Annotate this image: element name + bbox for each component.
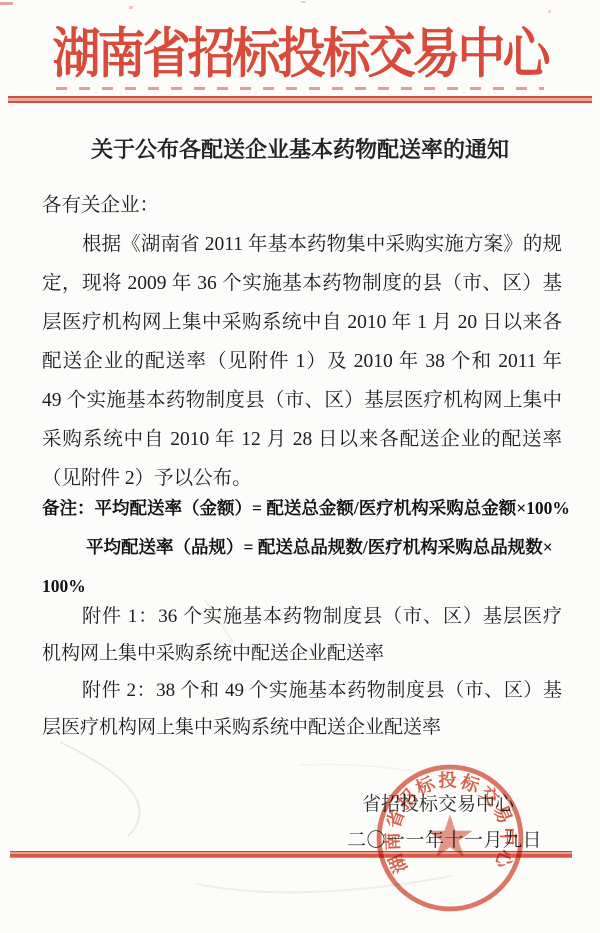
official-seal: 湖南省招标投标交易中心 — [364, 752, 536, 924]
letterhead-ghost-artifact — [56, 87, 544, 90]
attachment-line: 层医疗机构网上集中采购系统中配送企业配送率 — [42, 709, 562, 746]
notice-title: 关于公布各配送企业基本药物配送率的通知 — [0, 137, 600, 163]
note-line: 平均配送率（品规）= 配送总品规数/医疗机构采购总品规数× — [42, 528, 562, 567]
attachment-line: 附件 1：36 个实施基本药物制度县（市、区）基层医疗 — [42, 598, 562, 635]
body-line: 49 个实施基本药物制度县（市、区）基层医疗机构网上集中 — [42, 381, 562, 420]
note-line: 备注：平均配送率（金额）= 配送总金额/医疗机构采购总金额×100% — [42, 489, 562, 528]
attachments-block: 附件 1：36 个实施基本药物制度县（市、区）基层医疗机构网上集中采购系统中配送… — [42, 598, 562, 746]
body-line: 采购系统中自 2010 年 12 月 28 日以来各配送企业的配送率 — [42, 420, 562, 459]
body-line: 定，现将 2009 年 36 个实施基本药物制度的县（市、区）基 — [42, 264, 562, 303]
attachment-line: 附件 2：38 个和 49 个实施基本药物制度县（市、区）基 — [42, 672, 562, 709]
scan-speck — [129, 6, 133, 9]
scan-speck — [0, 2, 13, 5]
body-line: 配送企业的配送率（见附件 1）及 2010 年 38 个和 2011 年 — [42, 342, 562, 381]
scanned-notice-document: 湖南省招标投标交易中心 关于公布各配送企业基本药物配送率的通知 各有关企业：根据… — [0, 0, 600, 933]
header-rule — [8, 96, 592, 103]
body-paragraph: 各有关企业：根据《湖南省 2011 年基本药物集中采购实施方案》的规定，现将 2… — [42, 186, 562, 498]
scan-speck — [548, 10, 551, 13]
attachment-line: 机构网上集中采购系统中配送企业配送率 — [42, 635, 562, 672]
letterhead-org-name: 湖南省招标投标交易中心 — [0, 24, 600, 87]
star-icon — [428, 814, 473, 857]
scan-speck — [301, 1, 306, 3]
notes-block: 备注：平均配送率（金额）= 配送总金额/医疗机构采购总金额×100%平均配送率（… — [42, 489, 562, 606]
body-line: 层医疗机构网上集中采购系统中自 2010 年 1 月 20 日以来各 — [42, 303, 562, 342]
body-line: 根据《湖南省 2011 年基本药物集中采购实施方案》的规 — [42, 225, 562, 264]
body-line: 各有关企业： — [42, 186, 562, 225]
